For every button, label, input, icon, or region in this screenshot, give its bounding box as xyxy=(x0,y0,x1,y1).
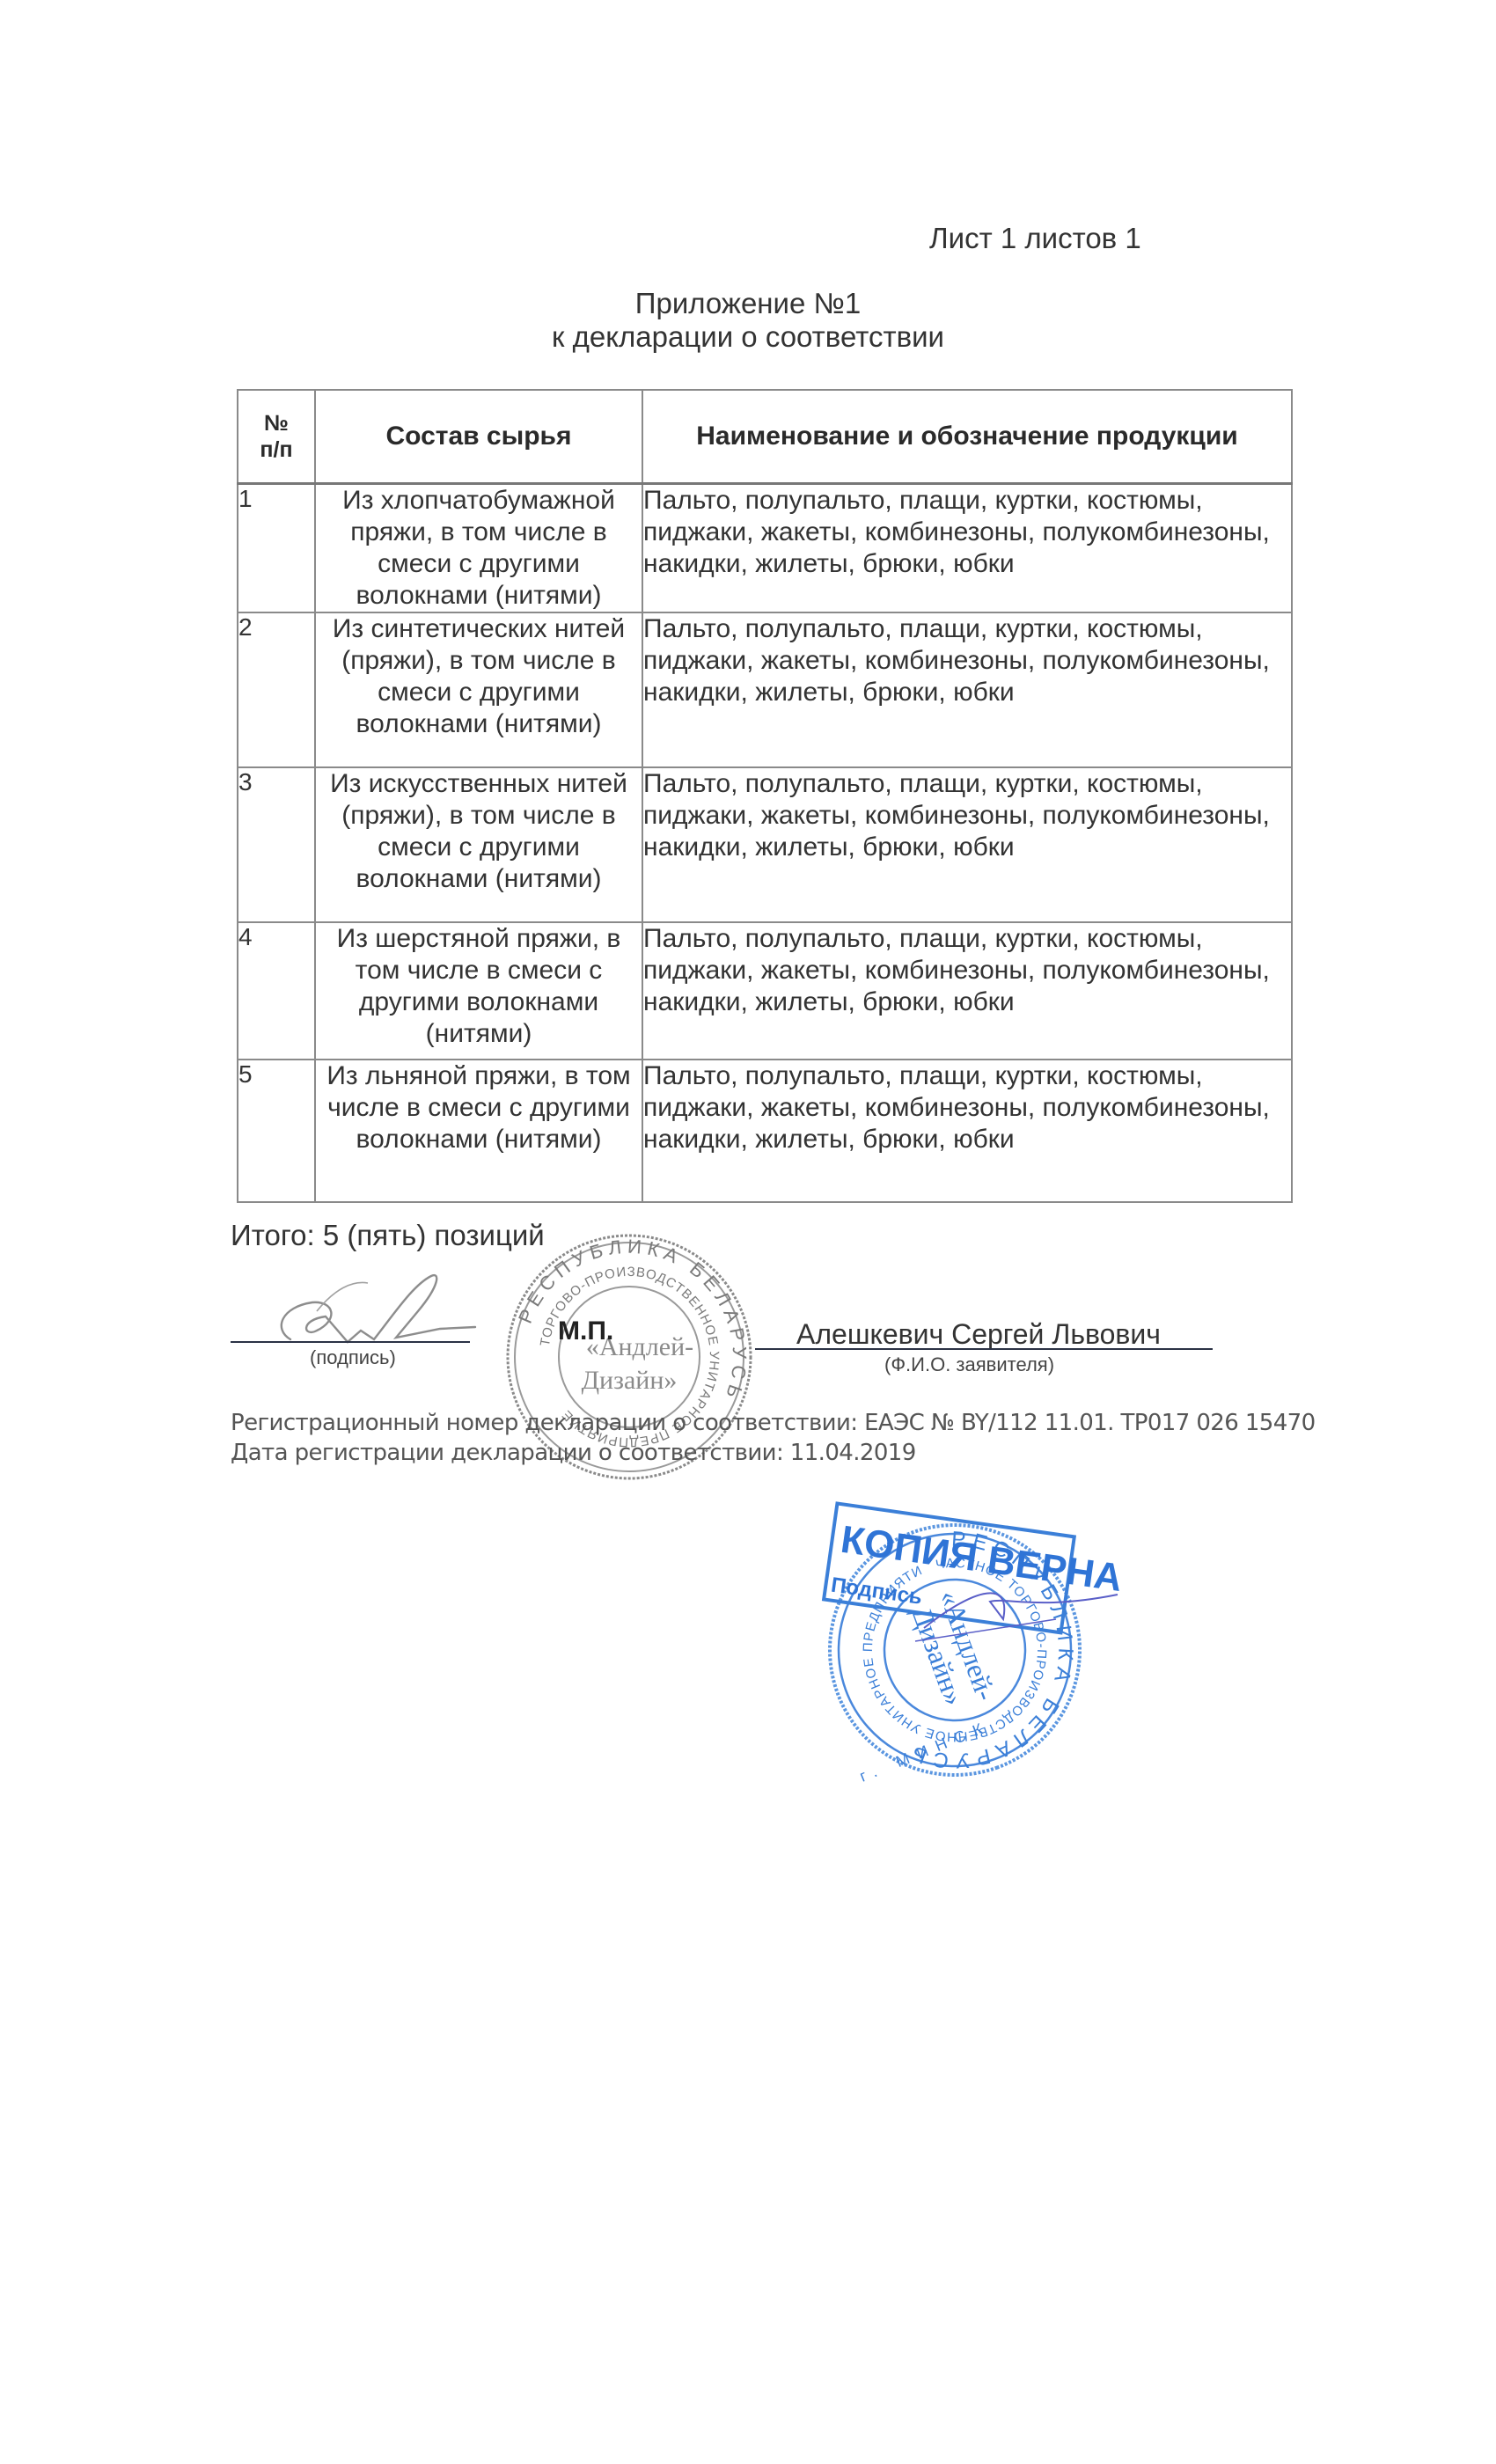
registration-date: Дата регистрации декларации о соответств… xyxy=(231,1440,916,1466)
copy-verified-stamp-icon: РЕСПУБЛИКА БЕЛАРУСЬ ЧАСТНОЕ ТОРГОВО-ПРОИ… xyxy=(792,1496,1126,1795)
document-subtitle: к декларации о соответствии xyxy=(493,320,1003,354)
row-material: Из хлопчатобумажной пряжи, в том числе в… xyxy=(315,484,642,613)
products-table: №п/п Состав сырья Наименование и обознач… xyxy=(237,389,1293,1203)
table-row: 3 Из искусственных нитей (пряжи), в том … xyxy=(238,767,1292,922)
applicant-name: Алешкевич Сергей Львович xyxy=(796,1318,1161,1351)
row-products: Пальто, полупальто, плащи, куртки, костю… xyxy=(642,922,1292,1060)
row-products: Пальто, полупальто, плащи, куртки, костю… xyxy=(642,484,1292,613)
table-row: 5 Из льняной пряжи, в том числе в смеси … xyxy=(238,1060,1292,1202)
row-number: 1 xyxy=(238,484,315,613)
row-material: Из синтетических нитей (пряжи), в том чи… xyxy=(315,612,642,767)
row-material: Из льняной пряжи, в том числе в смеси с … xyxy=(315,1060,642,1202)
document-title: Приложение №1 xyxy=(493,287,1003,320)
seal-placeholder-label: М.П. xyxy=(558,1316,613,1346)
row-material: Из шерстяной пряжи, в том числе в смеси … xyxy=(315,922,642,1060)
applicant-caption: (Ф.И.О. заявителя) xyxy=(884,1353,1054,1376)
row-number: 3 xyxy=(238,767,315,922)
row-number: 2 xyxy=(238,612,315,767)
row-material: Из искусственных нитей (пряжи), в том чи… xyxy=(315,767,642,922)
applicant-name-line xyxy=(755,1348,1213,1350)
registration-number: Регистрационный номер декларации о соотв… xyxy=(231,1410,1316,1436)
svg-text:Дизайн»: Дизайн» xyxy=(582,1366,678,1395)
table-header-row: №п/п Состав сырья Наименование и обознач… xyxy=(238,390,1292,484)
row-products: Пальто, полупальто, плащи, куртки, костю… xyxy=(642,612,1292,767)
row-number: 5 xyxy=(238,1060,315,1202)
column-header-number: №п/п xyxy=(238,390,315,484)
signature-caption: (подпись) xyxy=(310,1346,396,1369)
column-header-products: Наименование и обозначение продукции xyxy=(642,390,1292,484)
row-products: Пальто, полупальто, плащи, куртки, костю… xyxy=(642,767,1292,922)
signature-line xyxy=(231,1341,470,1343)
column-header-material: Состав сырья xyxy=(315,390,642,484)
table-row: 4 Из шерстяной пряжи, в том числе в смес… xyxy=(238,922,1292,1060)
table-row: 1 Из хлопчатобумажной пряжи, в том числе… xyxy=(238,484,1292,613)
row-products: Пальто, полупальто, плащи, куртки, костю… xyxy=(642,1060,1292,1202)
row-number: 4 xyxy=(238,922,315,1060)
sheet-label: Лист 1 листов 1 xyxy=(929,222,1141,255)
table-row: 2 Из синтетических нитей (пряжи), в том … xyxy=(238,612,1292,767)
